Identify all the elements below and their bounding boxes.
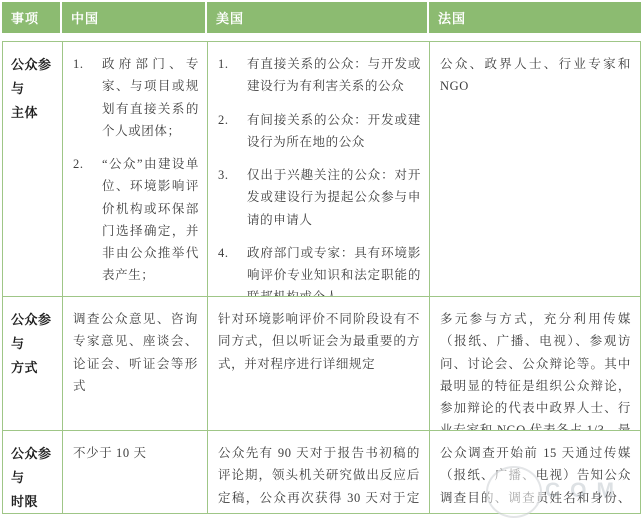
- row-label-line1: 公众参与: [11, 53, 60, 101]
- list-item: 1. 有直接关系的公众：与开发或建设行为有利害关系的公众: [218, 53, 421, 98]
- cell-france-subjects: 公众、政界人士、行业专家和 NGO: [430, 42, 640, 296]
- header-cell-france: 法国: [429, 2, 641, 33]
- row-label-line1: 公众参与: [11, 308, 60, 356]
- list-item: 2. 有间接关系的公众：开发或建设行为所在地的公众: [218, 109, 421, 154]
- row-label-methods: 公众参与 方式: [3, 297, 63, 430]
- list-text: 有间接关系的公众：开发或建设行为所在地的公众: [247, 109, 421, 154]
- row-label-line2: 时限: [11, 490, 60, 513]
- header-cell-china: 中国: [62, 2, 207, 33]
- cell-usa-timelimit: 公众先有 90 天对于报告书初稿的评论期，领头机关研究做出反应后定稿，公众再次获…: [208, 431, 430, 513]
- list-number: 2.: [218, 109, 247, 154]
- list-number: 1.: [218, 53, 247, 98]
- row-label-line2: 主体: [11, 101, 60, 125]
- cell-usa-methods: 针对环境影响评价不同阶段设有不同方式，但以听证会为最重要的方式，并对程序进行详细…: [208, 297, 430, 430]
- header-cell-usa: 美国: [207, 2, 429, 33]
- cell-china-subjects: 1. 政府部门、专家、与项目或规划有直接关系的个人或团体； 2. “公众”由建设…: [63, 42, 208, 296]
- list-item: 3. 仅出于兴趣关注的公众：对开发或建设行为提起公众参与申请的申请人: [218, 164, 421, 231]
- cell-china-timelimit: 不少于 10 天: [63, 431, 208, 513]
- table-row-methods: 公众参与 方式 调查公众意见、咨询专家意见、座谈会、论证会、听证会等形式 针对环…: [3, 297, 640, 431]
- row-label-line1: 公众参与: [11, 442, 60, 490]
- list-number: 3.: [218, 164, 247, 231]
- cell-france-methods: 多元参与方式，充分利用传媒（报纸、广播、电视）、参观访问、讨论会、公众辩论等。其…: [430, 297, 640, 430]
- table-row-subjects: 公众参与 主体 1. 政府部门、专家、与项目或规划有直接关系的个人或团体； 2.…: [3, 42, 640, 297]
- list-number: 1.: [73, 53, 102, 142]
- list-text: 有直接关系的公众：与开发或建设行为有利害关系的公众: [247, 53, 421, 98]
- list-item: 2. “公众”由建设单位、环境影响评价机构或环保部门选择确定，并非由公众推举代表…: [73, 153, 199, 287]
- list-number: 2.: [73, 153, 102, 287]
- header-cell-item: 事项: [2, 2, 62, 33]
- row-label-timelimit: 公众参与 时限: [3, 431, 63, 513]
- list-item: 1. 政府部门、专家、与项目或规划有直接关系的个人或团体；: [73, 53, 199, 142]
- row-label-subjects: 公众参与 主体: [3, 42, 63, 296]
- cell-usa-subjects: 1. 有直接关系的公众：与开发或建设行为有利害关系的公众 2. 有间接关系的公众…: [208, 42, 430, 296]
- list-text: “公众”由建设单位、环境影响评价机构或环保部门选择确定，并非由公众推举代表产生；: [102, 153, 199, 287]
- table-header-row: 事项 中国 美国 法国: [2, 2, 641, 33]
- list-number: 4.: [218, 242, 247, 296]
- list-text: 政府部门或专家：具有环境影响评价专业知识和法定职能的联邦机构或个人: [247, 242, 421, 296]
- list-item: 4. 政府部门或专家：具有环境影响评价专业知识和法定职能的联邦机构或个人: [218, 242, 421, 296]
- cell-france-timelimit: 公众调查开始前 15 天通过传媒（报纸、广播、电视）告知公众调查目的、调查员姓名…: [430, 431, 640, 513]
- table-row-timelimit: 公众参与 时限 不少于 10 天 公众先有 90 天对于报告书初稿的评论期，领头…: [3, 431, 640, 513]
- cell-china-methods: 调查公众意见、咨询专家意见、座谈会、论证会、听证会等形式: [63, 297, 208, 430]
- document-page: 事项 中国 美国 法国 公众参与 主体 1. 政府部门、专家、与项目或规划有直接…: [0, 0, 643, 526]
- row-label-line2: 方式: [11, 356, 60, 380]
- list-text: 仅出于兴趣关注的公众：对开发或建设行为提起公众参与申请的申请人: [247, 164, 421, 231]
- table-body: 公众参与 主体 1. 政府部门、专家、与项目或规划有直接关系的个人或团体； 2.…: [2, 41, 641, 514]
- list-text: 政府部门、专家、与项目或规划有直接关系的个人或团体；: [102, 53, 199, 142]
